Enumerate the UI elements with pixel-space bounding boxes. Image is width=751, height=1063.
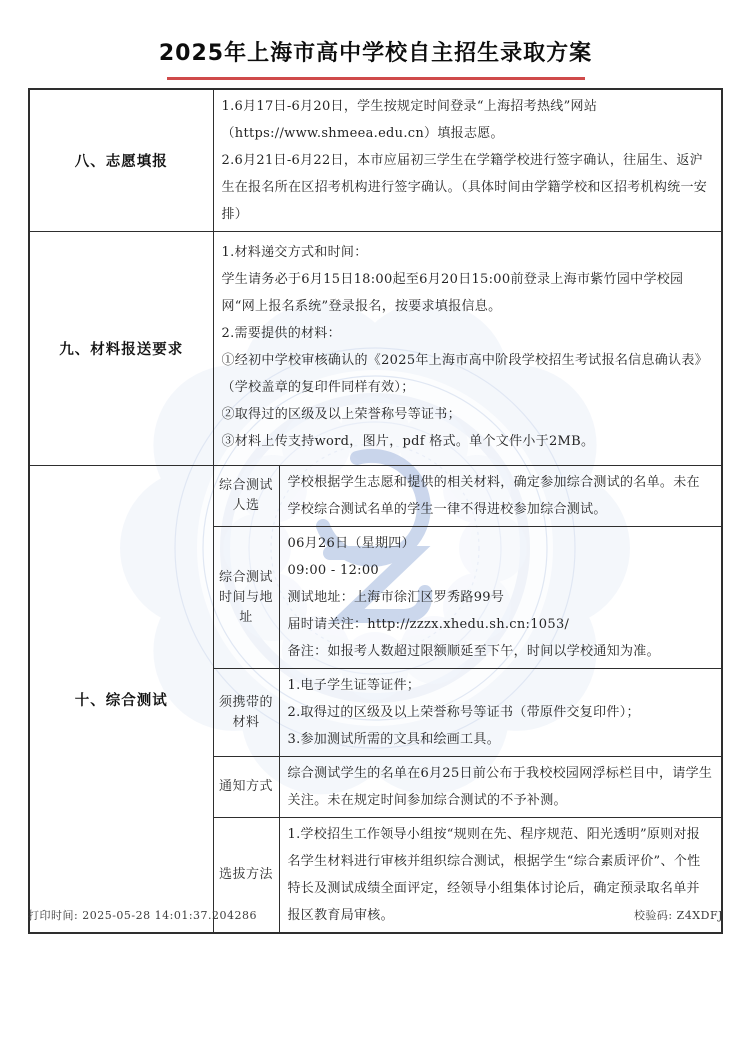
document-page: 2025年上海市高中学校自主招生录取方案 八、志愿填报 1.6月17日-6月20… (0, 0, 751, 1063)
print-time-label: 打印时间: (28, 909, 78, 922)
verify-code: 校验码: Z4XDFJ (634, 907, 723, 923)
table-row-test-candidates: 十、综合测试 综合测试人选 学校根据学生志愿和提供的相关材料，确定参加综合测试的… (29, 466, 722, 527)
paragraph: 3.参加测试所需的文具和绘画工具。 (288, 726, 714, 753)
paragraph: 2.需要提供的材料： (222, 320, 714, 347)
paragraph: 06月26日（星期四） (288, 530, 714, 557)
paragraph: 2.6月21日-6月22日，本市应届初三学生在学籍学校进行签字确认，往届生、返沪… (222, 147, 714, 228)
paragraph: 1.6月17日-6月20日，学生按规定时间登录“上海招考热线”网站 (222, 93, 714, 120)
paragraph: ②取得过的区级及以上荣誉称号等证书； (222, 401, 714, 428)
paragraph: ③材料上传支持word，图片，pdf 格式。单个文件小于2MB。 (222, 428, 714, 455)
paragraph: 备注：如报考人数超过限额顺延至下午，时间以学校通知为准。 (288, 638, 714, 665)
section-label-8: 八、志愿填报 (29, 89, 213, 232)
paragraph: 综合测试学生的名单在6月25日前公布于我校校园网浮标栏目中，请学生关注。未在规定… (288, 760, 714, 814)
subrow-content-time-place: 06月26日（星期四） 09:00 - 12:00 测试地址：上海市徐汇区罗秀路… (279, 527, 722, 669)
paragraph: 届时请关注：http://zzzx.xhedu.sh.cn:1053/ (288, 611, 714, 638)
title-underline (167, 77, 585, 80)
subrow-content-candidates: 学校根据学生志愿和提供的相关材料，确定参加综合测试的名单。未在学校综合测试名单的… (279, 466, 722, 527)
table-row-materials: 九、材料报送要求 1.材料递交方式和时间： 学生请务必于6月15日18:00起至… (29, 232, 722, 466)
paragraph: 测试地址：上海市徐汇区罗秀路99号 (288, 584, 714, 611)
print-time-value: 2025-05-28 14:01:37.204286 (82, 909, 257, 922)
paragraph: ①经初中学校审核确认的《2025年上海市高中阶段学校招生考试报名信息确认表》（学… (222, 347, 714, 401)
paragraph: 1.材料递交方式和时间： (222, 239, 714, 266)
subrow-label-notification: 通知方式 (213, 757, 279, 818)
paragraph: 09:00 - 12:00 (288, 557, 714, 584)
verify-code-label: 校验码: (634, 909, 673, 922)
subrow-label-required-items: 须携带的材料 (213, 669, 279, 757)
paragraph: 学生请务必于6月15日18:00起至6月20日15:00前登录上海市紫竹园中学校… (222, 266, 714, 320)
subrow-content-notification: 综合测试学生的名单在6月25日前公布于我校校园网浮标栏目中，请学生关注。未在规定… (279, 757, 722, 818)
subrow-content-required-items: 1.电子学生证等证件； 2.取得过的区级及以上荣誉称号等证书（带原件交复印件）；… (279, 669, 722, 757)
section-content-8: 1.6月17日-6月20日，学生按规定时间登录“上海招考热线”网站 （https… (213, 89, 722, 232)
paragraph: 2.取得过的区级及以上荣誉称号等证书（带原件交复印件）； (288, 699, 714, 726)
section-label-9: 九、材料报送要求 (29, 232, 213, 466)
section-label-10: 十、综合测试 (29, 466, 213, 934)
admission-plan-table: 八、志愿填报 1.6月17日-6月20日，学生按规定时间登录“上海招考热线”网站… (28, 88, 723, 934)
paragraph: （https://www.shmeea.edu.cn）填报志愿。 (222, 120, 714, 147)
section-content-9: 1.材料递交方式和时间： 学生请务必于6月15日18:00起至6月20日15:0… (213, 232, 722, 466)
page-footer: 打印时间: 2025-05-28 14:01:37.204286 校验码: Z4… (28, 907, 723, 923)
page-title: 2025年上海市高中学校自主招生录取方案 (0, 36, 751, 67)
verify-code-value: Z4XDFJ (677, 909, 723, 922)
subrow-label-time-place: 综合测试时间与地址 (213, 527, 279, 669)
paragraph: 1.电子学生证等证件； (288, 672, 714, 699)
subrow-label-candidates: 综合测试人选 (213, 466, 279, 527)
paragraph: 学校根据学生志愿和提供的相关材料，确定参加综合测试的名单。未在学校综合测试名单的… (288, 469, 714, 523)
table-row-volunteer: 八、志愿填报 1.6月17日-6月20日，学生按规定时间登录“上海招考热线”网站… (29, 89, 722, 232)
print-time: 打印时间: 2025-05-28 14:01:37.204286 (28, 907, 257, 923)
